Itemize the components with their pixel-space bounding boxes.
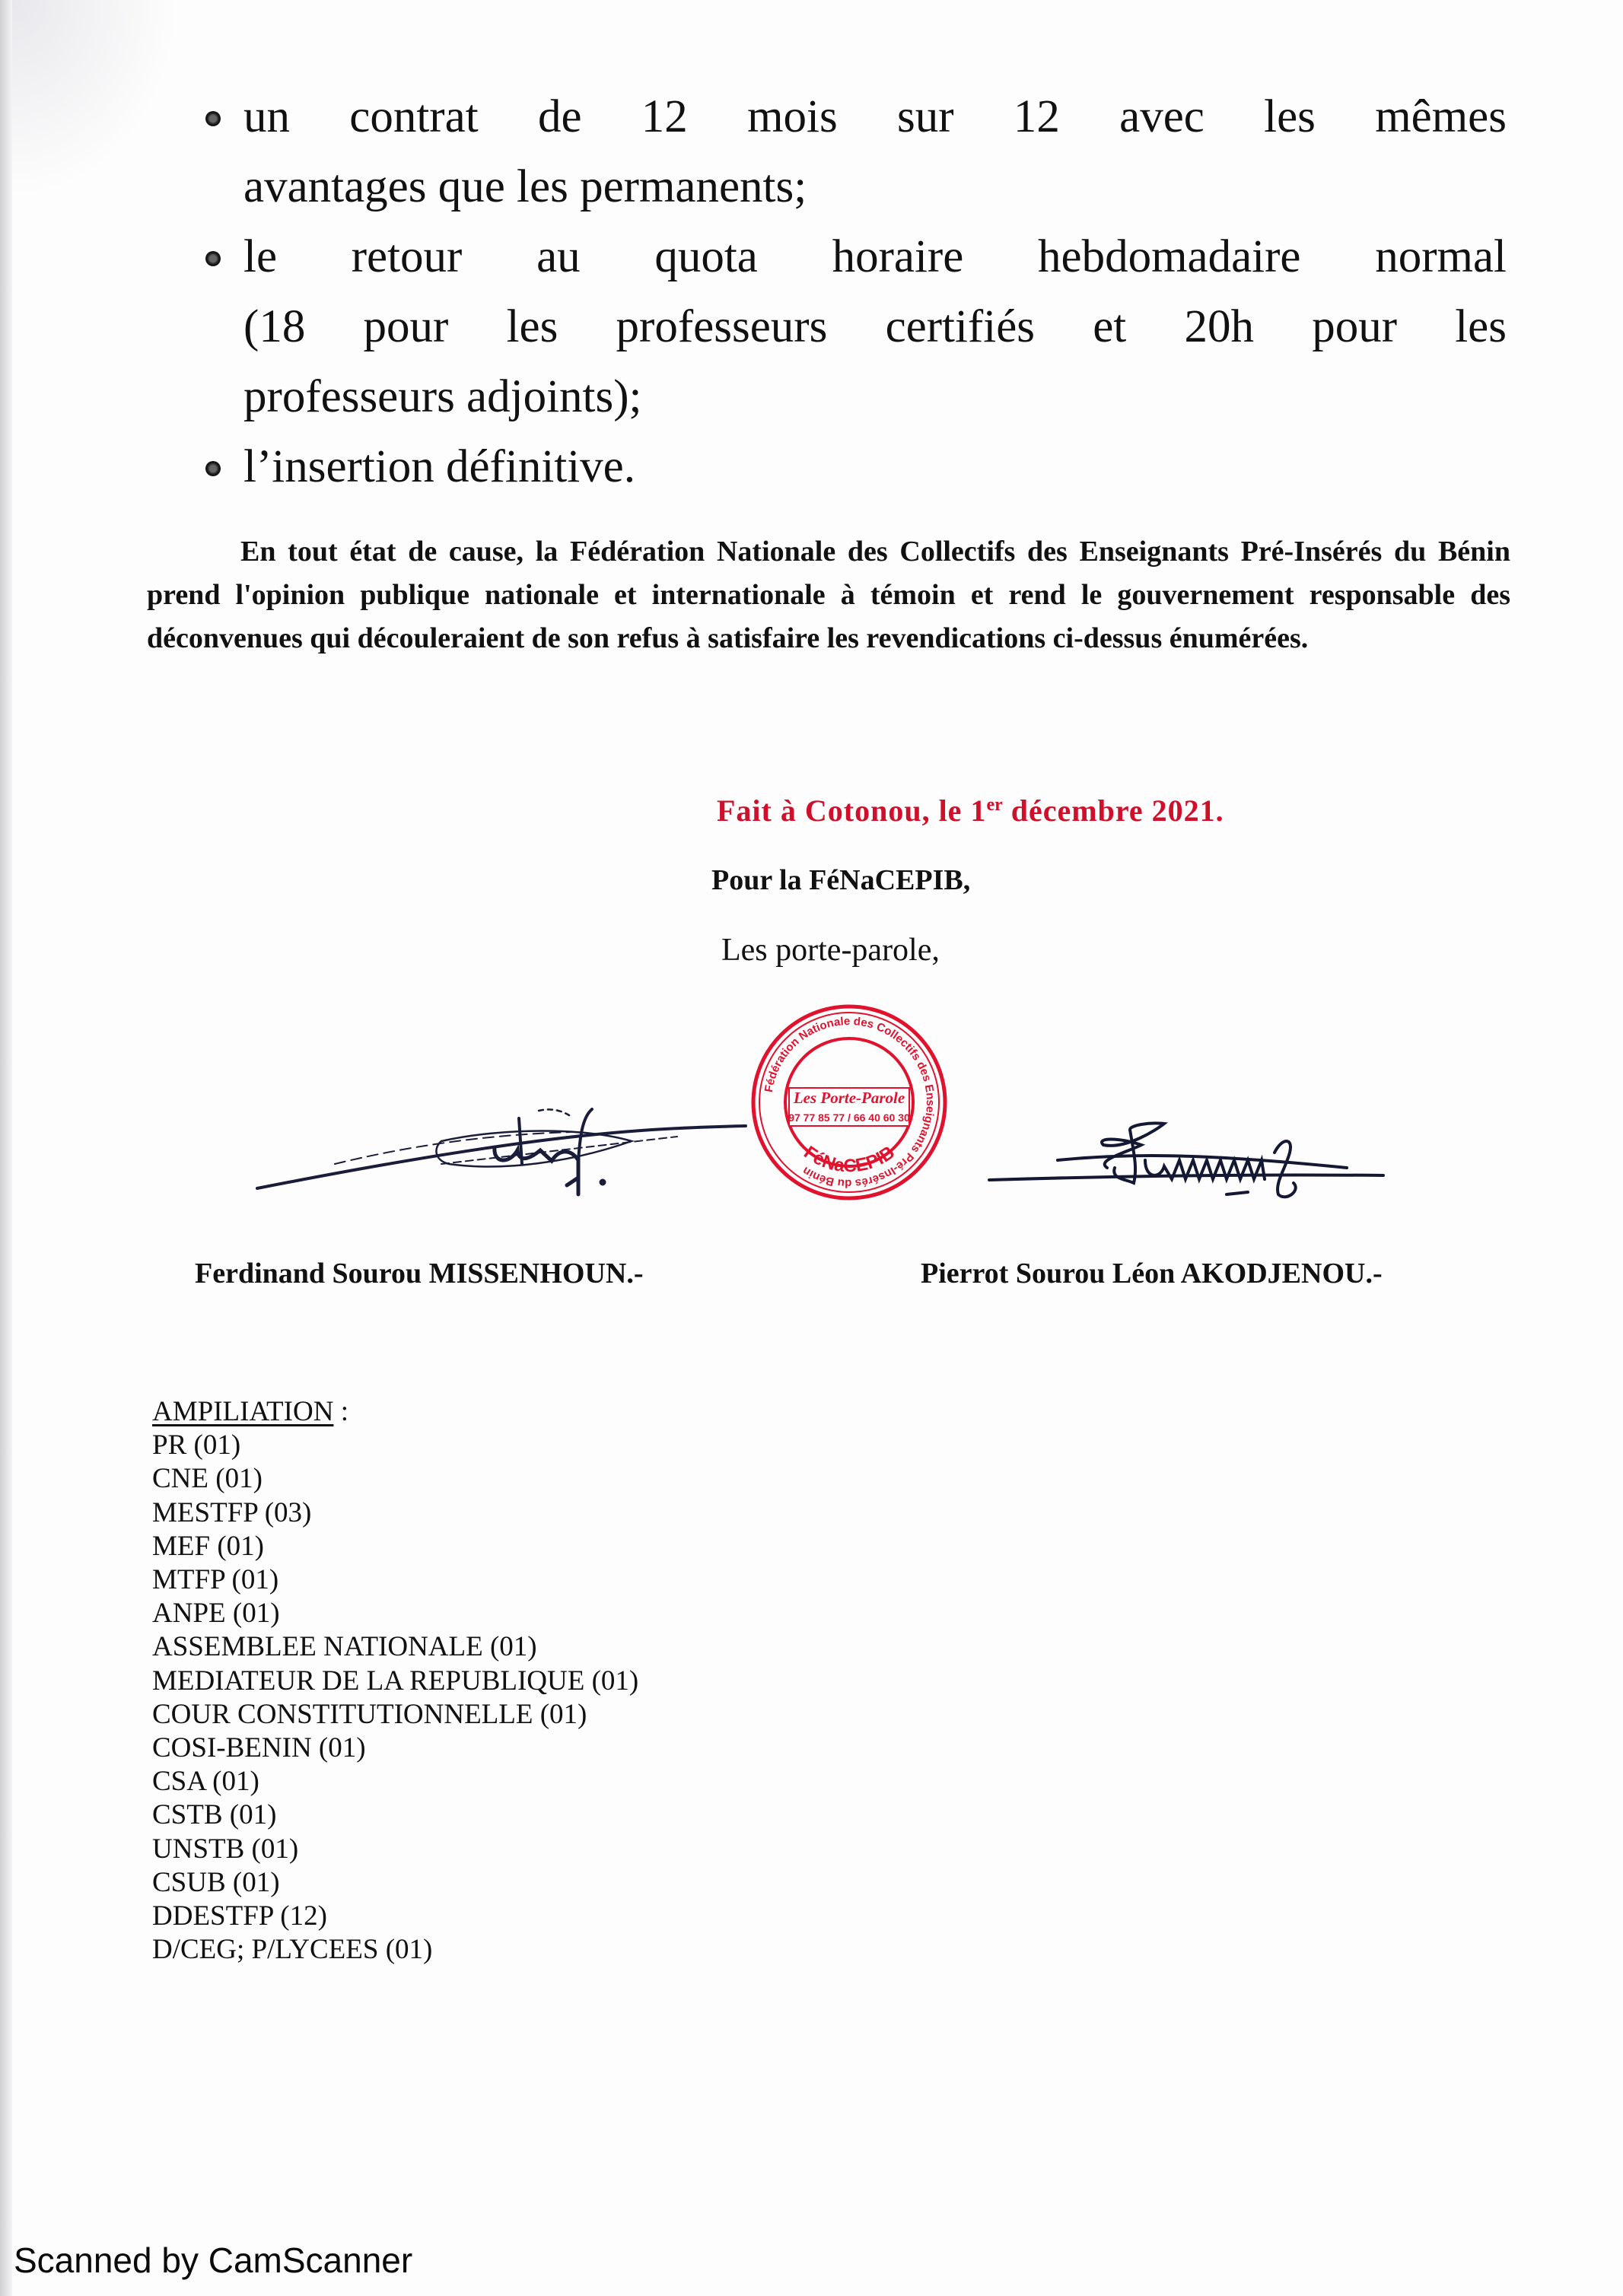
distribution-item: MTFP (01)	[152, 1563, 638, 1597]
distribution-item: ANPE (01)	[152, 1597, 638, 1630]
distribution-title: AMPILIATION :	[152, 1395, 638, 1429]
demand-line: professeurs adjoints);	[243, 362, 1507, 432]
scan-edge-shadow	[0, 0, 12, 2296]
distribution-item: MEF (01)	[152, 1530, 638, 1563]
scan-corner-shadow	[12, 0, 180, 198]
demand-line: un contrat de 12 mois sur 12 avec les mê…	[243, 82, 1507, 152]
distribution-item: MESTFP (03)	[152, 1496, 638, 1530]
distribution-item: CNE (01)	[152, 1462, 638, 1496]
distribution-items: PR (01)CNE (01)MESTFP (03)MEF (01)MTFP (…	[152, 1429, 638, 1967]
demand-item: un contrat de 12 mois sur 12 avec les mê…	[243, 82, 1507, 222]
signature-right	[982, 1107, 1392, 1206]
signature-left	[251, 1088, 753, 1210]
distribution-list: AMPILIATION : PR (01)CNE (01)MESTFP (03)…	[152, 1395, 638, 1967]
scanner-watermark: Scanned by CamScanner	[14, 2240, 412, 2281]
distribution-item: PR (01)	[152, 1429, 638, 1462]
demands-list: un contrat de 12 mois sur 12 avec les mê…	[243, 82, 1507, 502]
on-behalf-of: Pour la FéNaCEPIB,	[711, 863, 970, 897]
signatory-role: Les porte-parole,	[721, 932, 940, 968]
distribution-item: COUR CONSTITUTIONNELLE (01)	[152, 1698, 638, 1732]
distribution-item: DDESTFP (12)	[152, 1900, 638, 1933]
date-place: Fait à Cotonou, le 1er décembre 2021.	[717, 793, 1224, 828]
distribution-item: CSA (01)	[152, 1765, 638, 1798]
demand-item: le retour au quota horaire hebdomadaire …	[243, 222, 1507, 432]
closing-statement: En tout état de cause, la Fédération Nat…	[147, 530, 1510, 660]
demand-line: l’insertion définitive.	[243, 432, 1507, 502]
distribution-item: COSI-BENIN (01)	[152, 1732, 638, 1765]
distribution-item: D/CEG; P/LYCEES (01)	[152, 1933, 638, 1967]
official-stamp: Fédération Nationale des Collectifs des …	[749, 1003, 949, 1202]
distribution-item: CSUB (01)	[152, 1866, 638, 1900]
distribution-item: ASSEMBLEE NATIONALE (01)	[152, 1630, 638, 1664]
distribution-item: MEDIATEUR DE LA REPUBLIQUE (01)	[152, 1665, 638, 1698]
bullet-icon	[205, 111, 221, 126]
bullet-icon	[205, 251, 221, 266]
demand-line: avantages que les permanents;	[243, 152, 1507, 222]
bullet-icon	[205, 461, 221, 476]
demand-line: (18 pour les professeurs certifiés et 20…	[243, 292, 1507, 362]
distribution-item: CSTB (01)	[152, 1798, 638, 1832]
svg-text:Les Porte-Parole: Les Porte-Parole	[793, 1089, 905, 1107]
signatory-name-right: Pierrot Sourou Léon AKODJENOU.-	[921, 1257, 1383, 1290]
demand-item: l’insertion définitive.	[243, 432, 1507, 502]
date-prefix: Fait à Cotonou, le 1	[717, 793, 986, 828]
date-ordinal: er	[986, 795, 1002, 815]
signatory-name-left: Ferdinand Sourou MISSENHOUN.-	[195, 1257, 643, 1290]
date-suffix: décembre 2021.	[1003, 793, 1224, 828]
distribution-item: UNSTB (01)	[152, 1833, 638, 1866]
svg-text:97 77 85 77 / 66 40 60 30: 97 77 85 77 / 66 40 60 30	[788, 1111, 910, 1124]
demand-line: le retour au quota horaire hebdomadaire …	[243, 222, 1507, 292]
